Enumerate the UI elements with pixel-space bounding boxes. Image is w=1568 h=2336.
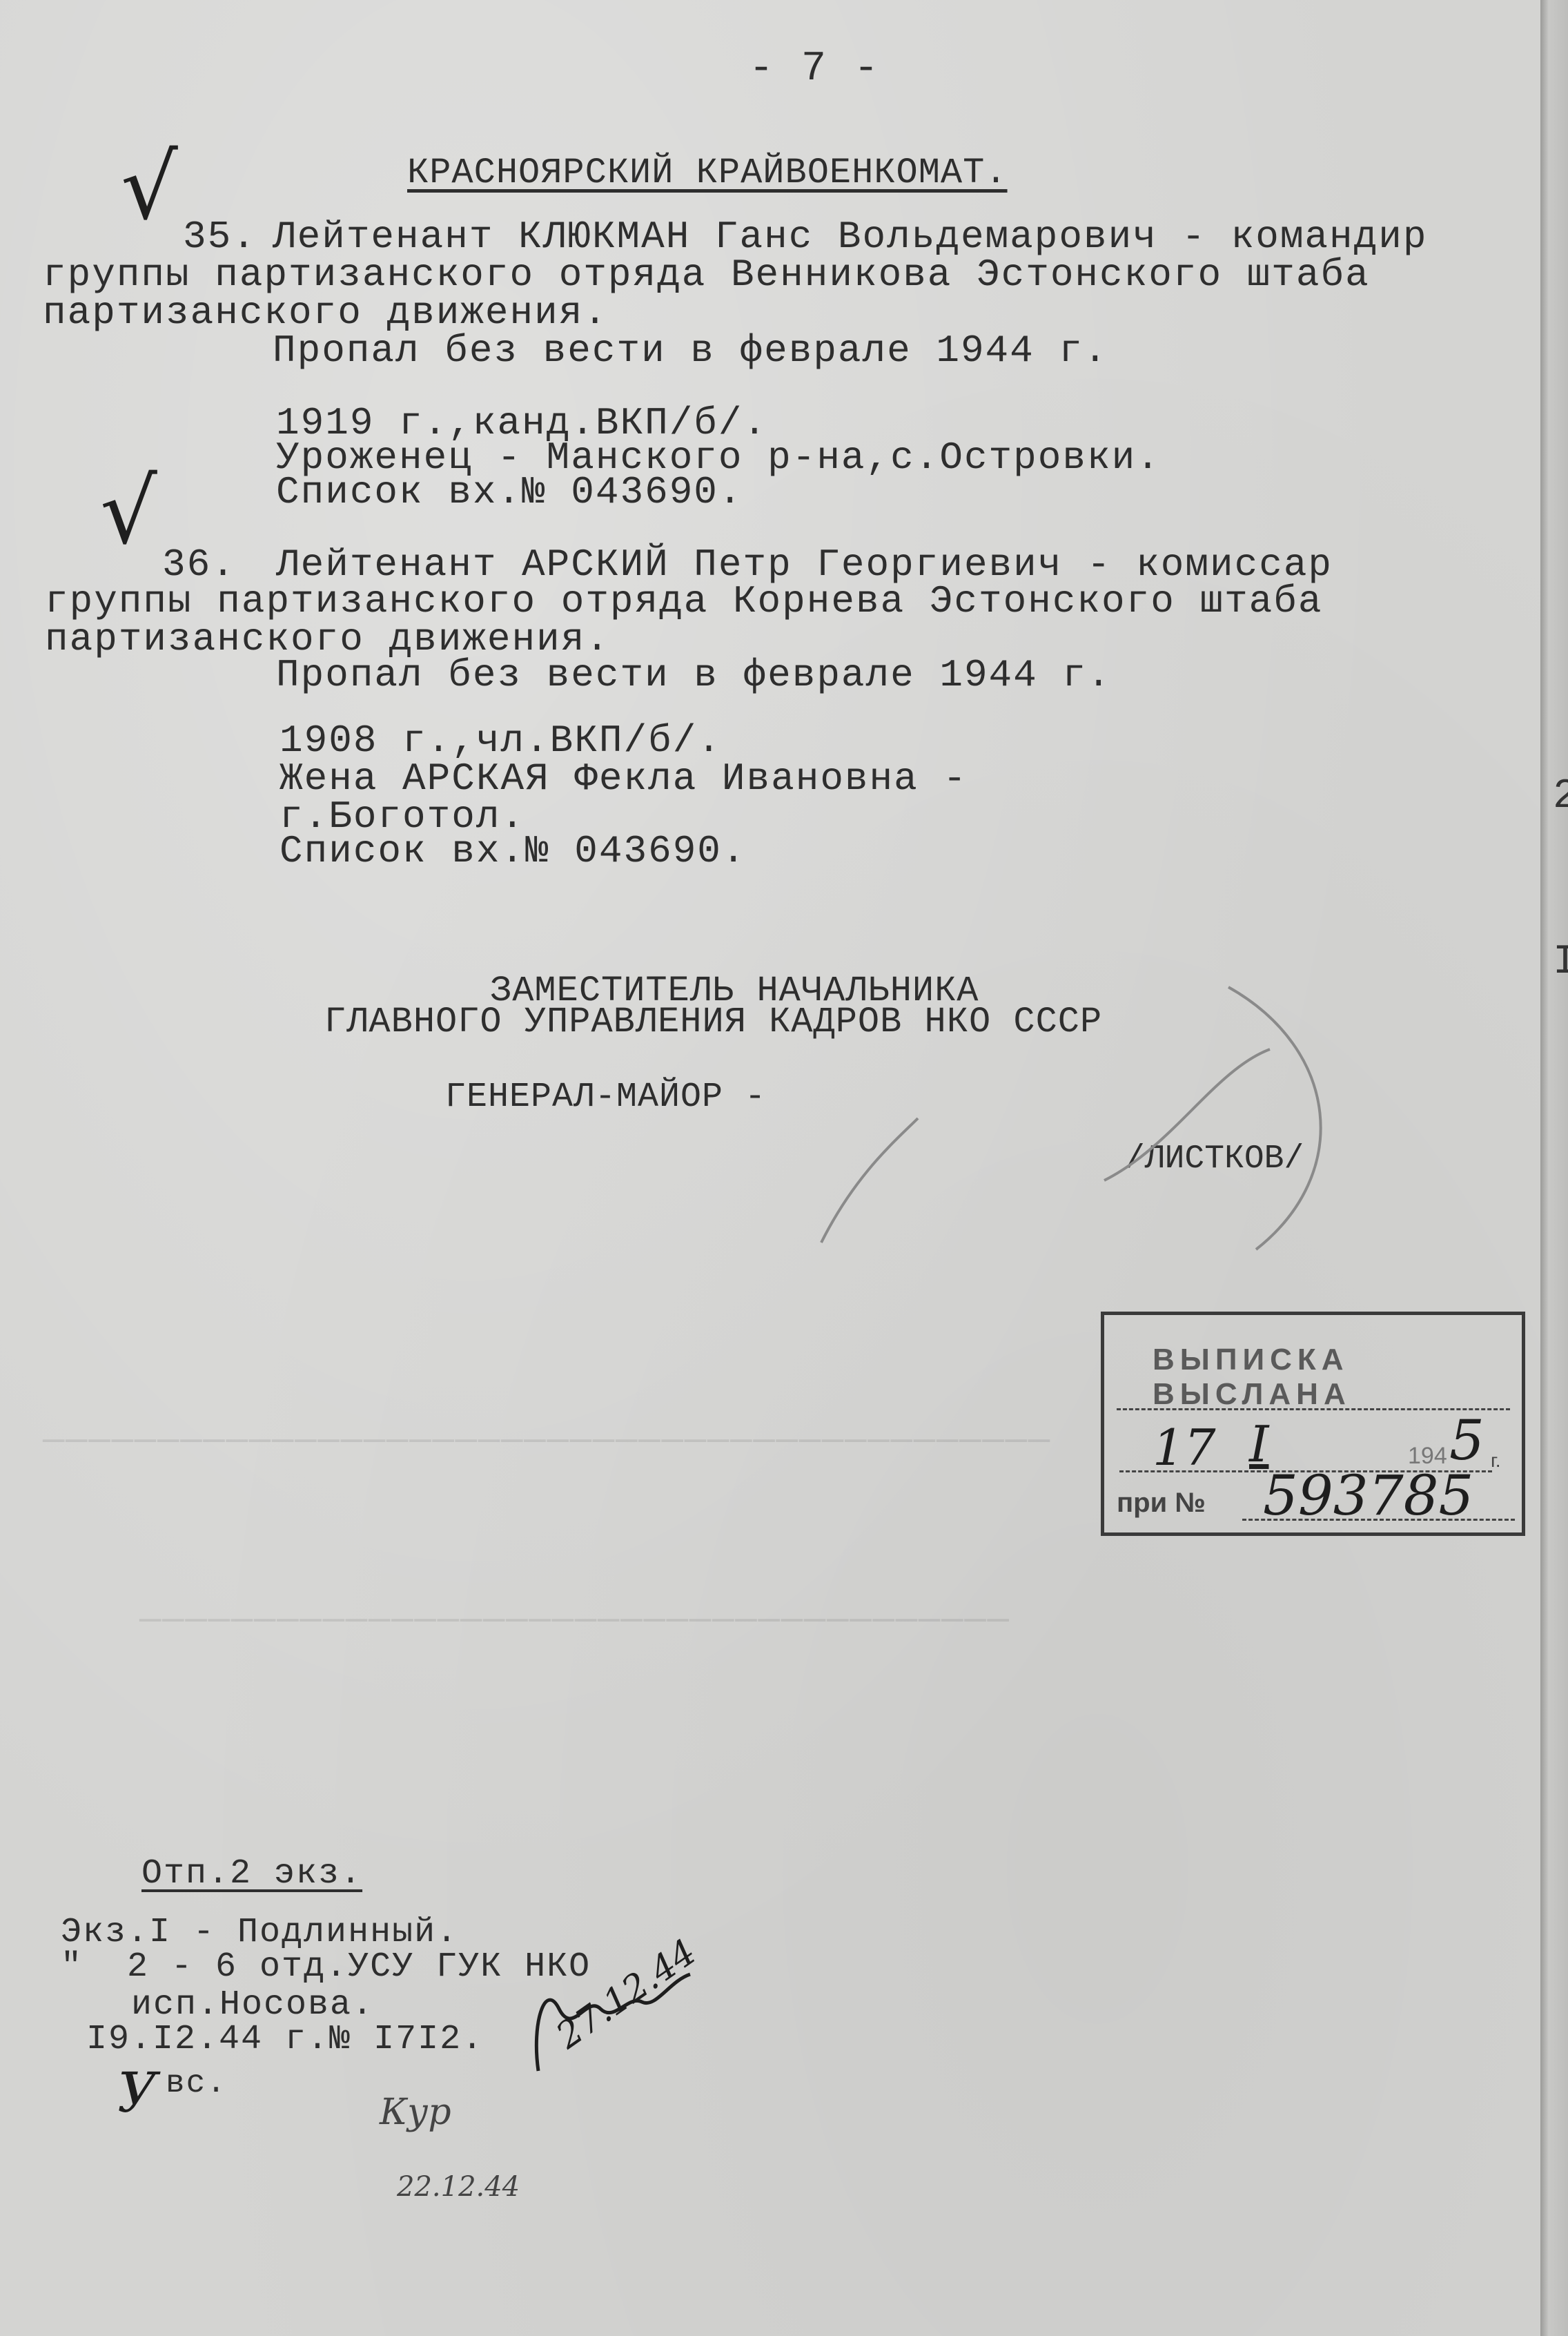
footer-line: I9.I2.44 г.№ I7I2. [86, 2023, 484, 2057]
checkmark-icon: √ [100, 459, 157, 564]
bleed-through-text: ────────────────────────────────────────… [41, 1422, 1050, 1463]
page-number: - 7 - [749, 48, 880, 90]
stamp-year-suffix: г. [1491, 1450, 1501, 1472]
entry-line: группы партизанского отряда Венникова Эс… [43, 255, 1370, 294]
handwritten-note: Кур [380, 2092, 451, 2133]
entry-detail: Список вх.№ 043690. [280, 832, 747, 870]
entry-line: группы партизанского отряда Корнева Эсто… [45, 582, 1322, 621]
stamp-title: ВЫПИСКА ВЫСЛАНА [1153, 1343, 1522, 1412]
stamp-number-value: 593785 [1263, 1463, 1473, 1528]
edge-glyph-bottom: I [1553, 939, 1568, 986]
handwritten-note-date: 22.12.44 [397, 2171, 520, 2203]
footer-line: Экз.I - Подлинный. [61, 1916, 458, 1950]
edge-glyph-top: 2 [1553, 773, 1568, 820]
checkmark-icon: √ [121, 135, 178, 240]
entry-status: Пропал без вести в феврале 1944 г. [276, 656, 1112, 694]
document-page: 2 I ────────────────────────────────────… [0, 0, 1568, 2336]
copies-count: Отп.2 экз. [141, 1857, 362, 1891]
entry-detail: 1908 г.,чл.ВКП/б/. [280, 721, 722, 760]
stamp-date-day: 17 [1153, 1419, 1216, 1477]
entry-number: 35. [183, 217, 257, 256]
section-heading: КРАСНОЯРСКИЙ КРАЙВОЕНКОМАТ. [407, 155, 1008, 191]
entry-detail: Жена АРСКАЯ Фекла Ивановна - [280, 759, 968, 798]
footer-line: " 2 - 6 отд.УСУ ГУК НКО [61, 1950, 591, 1985]
next-page-edge [1540, 0, 1568, 2336]
signature-scribble [814, 966, 1401, 1256]
entry-line: партизанского движения. [43, 293, 608, 332]
vs-mark: вс. [166, 2067, 227, 2099]
entry-number: 36. [162, 545, 236, 584]
footer-line: исп.Носова. [131, 1988, 374, 2023]
extract-sent-stamp: ВЫПИСКА ВЫСЛАНА 17 I 194 5 г. при № 5937… [1101, 1312, 1525, 1536]
entry-line: Лейтенант КЛЮКМАН Ганс Вольдемарович - к… [273, 217, 1427, 256]
entry-status: Пропал без вести в феврале 1944 г. [273, 331, 1108, 370]
entry-line: Лейтенант АРСКИЙ Петр Георгиевич - комис… [276, 545, 1333, 584]
entry-detail: Список вх.№ 043690. [276, 473, 743, 512]
handwritten-mark: У [117, 2061, 157, 2125]
bleed-through-text: ────────────────────────────────────── [138, 1602, 1009, 1642]
signatory-rank: ГЕНЕРАЛ-МАЙОР - [445, 1080, 766, 1115]
stamp-number-label: при № [1117, 1488, 1206, 1519]
